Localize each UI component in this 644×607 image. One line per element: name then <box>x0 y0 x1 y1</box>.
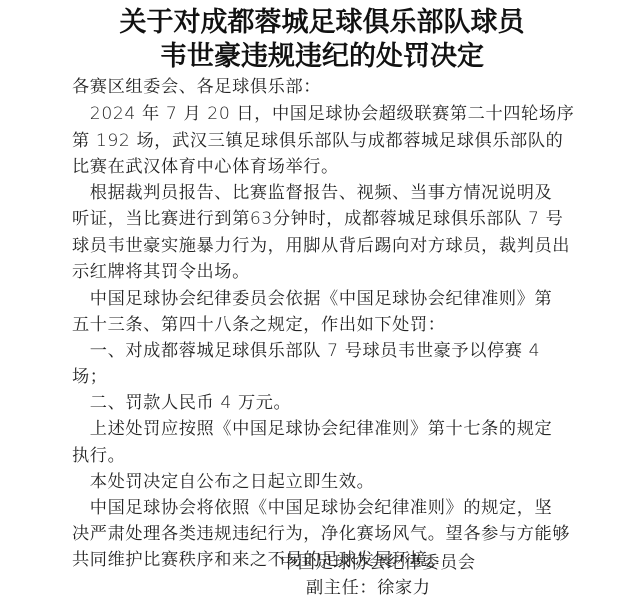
body-line: 球员韦世豪实施暴力行为，用脚从背后踢向对方球员，裁判员出 <box>72 236 592 256</box>
body-line: 决严肃处理各类违规违纪行为，净化赛场风气。望各参与方能够 <box>72 524 592 544</box>
body-line: 中国足球协会纪律委员会依据《中国足球协会纪律准则》第 <box>72 289 592 309</box>
penalty-item-1-cont: 场； <box>72 367 592 387</box>
signature-title: 副主任：徐家力 <box>306 578 431 598</box>
signature-organization: 中国足球协会纪律委员会 <box>280 553 476 573</box>
body-line: 示红牌将其罚令出场。 <box>72 262 592 282</box>
addressee-line: 各赛区组委会、各足球俱乐部： <box>72 77 592 97</box>
body-line: 执行。 <box>72 446 592 466</box>
body-line: 第 192 场，武汉三镇足球俱乐部队与成都蓉城足球俱乐部队的 <box>72 131 592 151</box>
body-line: 2024 年 7 月 20 日，中国足球协会超级联赛第二十四轮场序 <box>72 104 592 124</box>
body-line: 比赛在武汉体育中心体育场举行。 <box>72 157 592 177</box>
penalty-item-1: 一、对成都蓉城足球俱乐部队 7 号球员韦世豪予以停赛 4 <box>72 341 592 361</box>
penalty-item-2: 二、罚款人民币 4 万元。 <box>72 393 592 413</box>
body-line: 上述处罚应按照《中国足球协会纪律准则》第十七条的规定 <box>72 419 592 439</box>
document-title-line-2: 韦世豪违规违纪的处罚决定 <box>0 42 644 72</box>
body-line: 五十三条、第四十八条之规定，作出如下处罚： <box>72 315 592 335</box>
body-line: 本处罚决定自公布之日起立即生效。 <box>72 472 592 492</box>
document-title-line-1: 关于对成都蓉城足球俱乐部队球员 <box>0 8 644 38</box>
body-line: 听证，当比赛进行到第63分钟时，成都蓉城足球俱乐部队 7 号 <box>72 209 592 229</box>
body-line: 中国足球协会将依照《中国足球协会纪律准则》的规定，坚 <box>72 498 592 518</box>
body-line: 根据裁判员报告、比赛监督报告、视频、当事方情况说明及 <box>72 183 592 203</box>
